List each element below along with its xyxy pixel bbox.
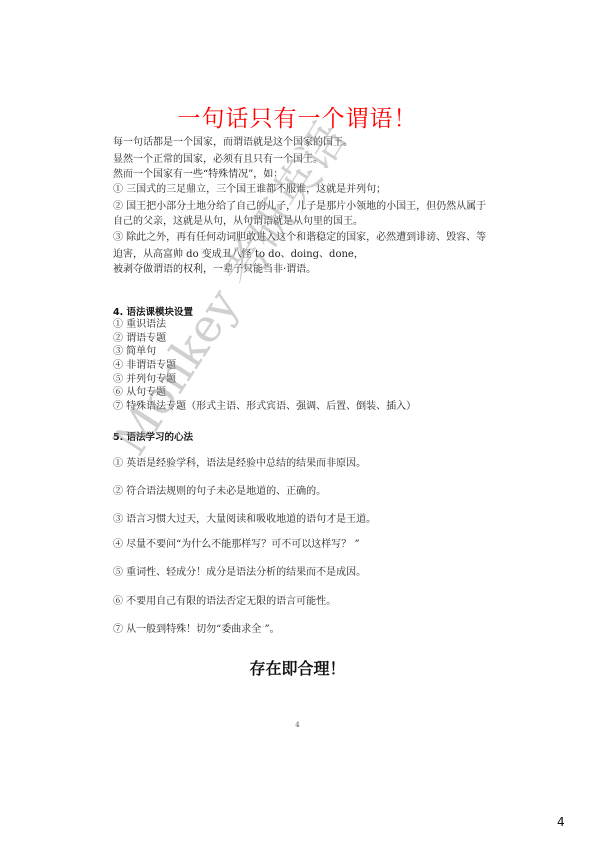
module-item: ⑤ 并列句专题 xyxy=(113,373,176,386)
module-item: ② 谓语专题 xyxy=(113,332,166,345)
section-heading: 5. 语法学习的心法 xyxy=(113,429,193,443)
intro-line: ② 国王把小部分土地分给了自己的儿子，儿子是那片小领地的小国王，但仍然从属于 xyxy=(113,200,486,213)
closing-motto: 存在即合理！ xyxy=(0,656,595,679)
principle-item: ⑤ 重词性、轻成分！成分是语法分析的结果而不是成因。 xyxy=(113,566,366,579)
intro-line: ③ 除此之外，再有任何动词胆敢进入这个和谐稳定的国家，必然遭到诽谤、毁容、等 xyxy=(113,231,486,244)
principle-item: ⑥ 不要用自己有限的语法否定无限的语言可能性。 xyxy=(113,595,336,608)
module-item: ⑥ 从句专题 xyxy=(113,386,166,399)
principle-item: ① 英语是经验学科，语法是经验中总结的结果而非原因。 xyxy=(113,457,366,470)
document-page: 一句话只有一个谓语！ 每一句话都是一个国家，而谓语就是这个国家的国王。 显然一个… xyxy=(0,0,595,842)
intro-line: 然而一个国家有一些“特殊情况”，如： xyxy=(113,168,283,181)
principle-item: ⑦ 从一般到特殊！切勿“委曲求全 ”。 xyxy=(113,623,280,636)
intro-line: 被剥夺做谓语的权利，一辈子只能当非·谓语。 xyxy=(113,263,316,276)
module-item: ① 重识语法 xyxy=(113,318,166,331)
intro-line: 迫害，从高富帅 do 变成丑八怪 to do、doing、done， xyxy=(113,248,364,261)
intro-line: 显然一个正常的国家，必须有且只有一个国王。 xyxy=(113,153,323,166)
intro-line: 每一句话都是一个国家，而谓语就是这个国家的国王。 xyxy=(113,136,353,149)
intro-line: ① 三国式的三足鼎立，三个国王谁都不服谁，这就是并列句； xyxy=(113,183,386,196)
section-heading: 4. 语法课模块设置 xyxy=(113,304,193,318)
module-item: ③ 简单句 xyxy=(113,345,156,358)
module-item: ⑦ 特殊语法专题（形式主语、形式宾语、强调、后置、倒装、插入） xyxy=(113,400,416,413)
principle-item: ③ 语言习惯大过天，大量阅读和吸收地道的语句才是王道。 xyxy=(113,513,376,526)
principle-item: ④ 尽量不要问“为什么不能那样写？可不可以这样写？ ” xyxy=(113,538,360,551)
module-item: ④ 非谓语专题 xyxy=(113,359,176,372)
outer-page-number: 4 xyxy=(557,815,565,829)
principle-item: ② 符合语法规则的句子未必是地道的、正确的。 xyxy=(113,485,326,498)
intro-line: 自己的父亲，这就是从句，从句谓语就是从句里的国王。 xyxy=(113,215,363,228)
page-title: 一句话只有一个谓语！ xyxy=(0,100,595,133)
inner-page-number: 4 xyxy=(0,721,595,729)
